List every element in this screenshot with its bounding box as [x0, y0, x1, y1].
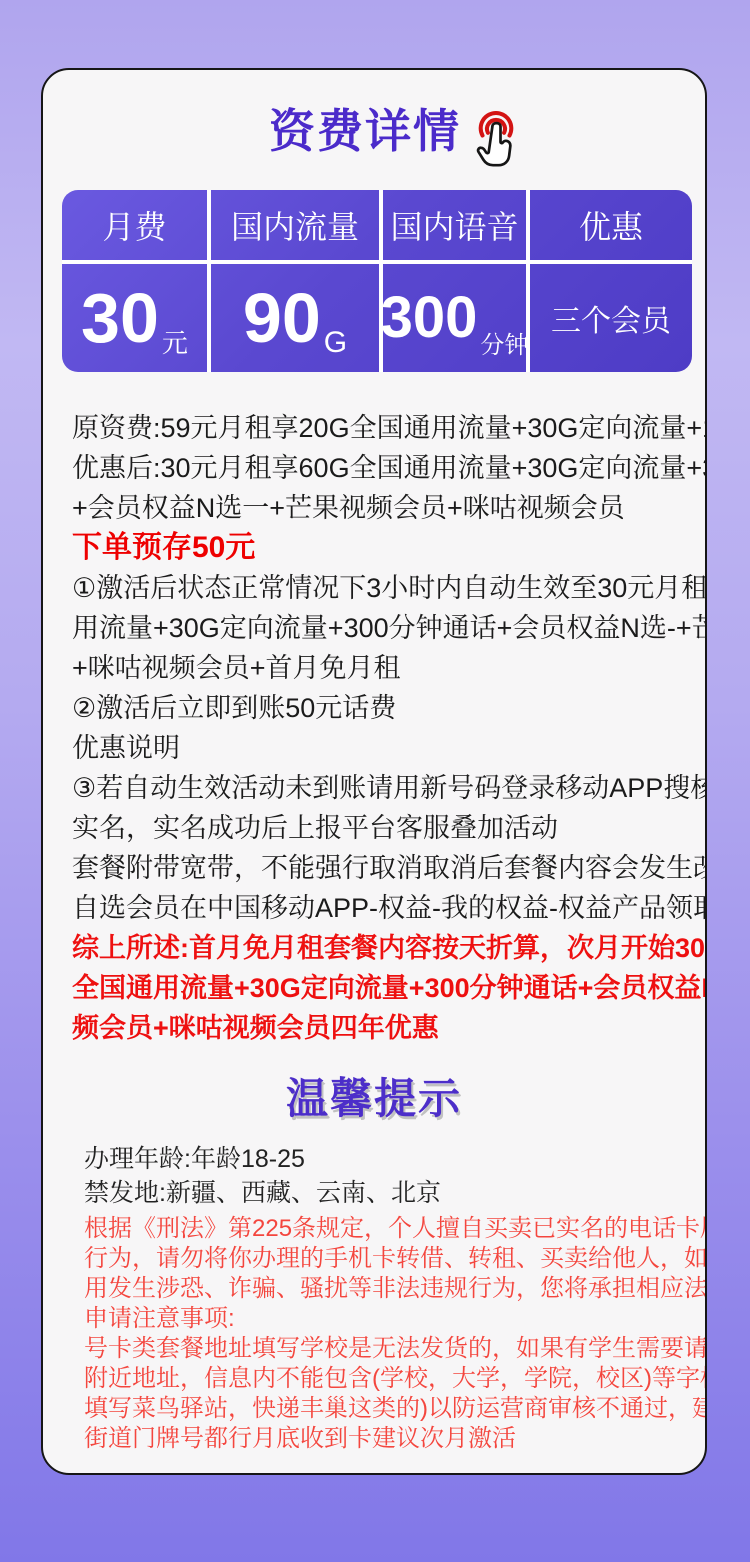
warning-line: 根据《刑法》第225条规定，个人擅自买卖已实名的电话卡属违法犯罪: [84, 1214, 684, 1244]
detail-line: 实名，实名成功后上报平台客服叠加活动: [72, 808, 697, 848]
plan-details: 原资费:59元月租享20G全国通用流量+30G定向流量+100分钟通话 优惠后:…: [72, 408, 697, 1048]
column-value-data: 90G: [211, 264, 379, 372]
legal-warning: 根据《刑法》第225条规定，个人擅自买卖已实名的电话卡属违法犯罪 行为，请勿将你…: [84, 1214, 684, 1454]
column-header-data: 国内流量: [211, 190, 379, 264]
column-header-monthly-fee: 月费: [62, 190, 207, 264]
column-value-voice: 300分钟: [383, 264, 526, 372]
plan-column-voice: 国内语音 300分钟: [383, 190, 530, 372]
plan-column-monthly-fee: 月费 30元: [62, 190, 211, 372]
detail-line: +会员权益N选一+芒果视频会员+咪咕视频会员: [72, 488, 697, 528]
warning-line: 街道门牌号都行月底收到卡建议次月激活: [84, 1424, 684, 1454]
detail-line: ③若自动生效活动未到账请用新号码登录移动APP搜核验复开，重新: [72, 768, 697, 808]
detail-line: ①激活后状态正常情况下3小时内自动生效至30元月租享60G全国通: [72, 568, 697, 608]
page-background: 资费详情 月费 30元 国内流量 90G 国内语音: [0, 0, 750, 1562]
column-header-benefit: 优惠: [530, 190, 692, 264]
summary-line: 全国通用流量+30G定向流量+300分钟通话+会员权益N选-+芒果视: [72, 968, 697, 1008]
detail-line: 优惠说明: [72, 728, 697, 768]
page-title: 资费详情: [269, 96, 461, 166]
detail-line: ②激活后立即到账50元话费: [72, 688, 697, 728]
detail-line: 自选会员在中国移动APP-权益-我的权益-权益产品领取: [72, 888, 697, 928]
plan-table: 月费 30元 国内流量 90G 国内语音 300分钟 优惠 三: [62, 190, 692, 372]
detail-line: 用流量+30G定向流量+300分钟通话+会员权益N选-+芒果视频会员: [72, 608, 697, 648]
tips-title: 温馨提示: [43, 1066, 705, 1126]
warning-line: 号卡类套餐地址填写学校是无法发货的，如果有学生需要请填写学校: [84, 1334, 684, 1364]
plan-column-benefit: 优惠 三个会员: [530, 190, 692, 372]
warning-line: 申请注意事项:: [84, 1304, 684, 1334]
summary-line: 综上所述:首月免月租套餐内容按天折算，次月开始30元月租亨60G: [72, 928, 697, 968]
tips-section: 办理年龄:年龄18-25 禁发地:新疆、西藏、云南、北京 根据《刑法》第225条…: [84, 1142, 684, 1454]
plan-column-data: 国内流量 90G: [211, 190, 383, 372]
tips-restricted-line: 禁发地:新疆、西藏、云南、北京: [84, 1176, 684, 1210]
card-title-row: 资费详情: [65, 96, 707, 174]
column-value-monthly-fee: 30元: [62, 264, 207, 372]
detail-line: 原资费:59元月租享20G全国通用流量+30G定向流量+100分钟通话: [72, 408, 697, 448]
column-value-benefit: 三个会员: [530, 264, 692, 372]
summary-line: 频会员+咪咕视频会员四年优惠: [72, 1008, 697, 1048]
tap-click-icon: [469, 106, 523, 174]
tariff-card: 资费详情 月费 30元 国内流量 90G 国内语音: [41, 68, 707, 1475]
warning-line: 填写菜鸟驿站，快递丰巢这类的)以防运营商审核不通过，建议写具体: [84, 1394, 684, 1424]
tips-age-line: 办理年龄:年龄18-25: [84, 1142, 684, 1176]
warning-line: 用发生涉恐、诈骗、骚扰等非法违规行为，您将承担相应法律责任!: [84, 1274, 684, 1304]
detail-line: 优惠后:30元月租享60G全国通用流量+30G定向流量+300分钟通话: [72, 448, 697, 488]
warning-line: 附近地址，信息内不能包含(学校，大学，学院，校区)等字样(尽量别: [84, 1364, 684, 1394]
warning-line: 行为，请勿将你办理的手机卡转借、转租、买卖给他人，如被他人利: [84, 1244, 684, 1274]
deposit-highlight: 下单预存50元: [72, 528, 697, 568]
detail-line: +咪咕视频会员+首月免月租: [72, 648, 697, 688]
column-header-voice: 国内语音: [383, 190, 526, 264]
detail-line: 套餐附带宽带，不能强行取消取消后套餐内容会发生改变: [72, 848, 697, 888]
